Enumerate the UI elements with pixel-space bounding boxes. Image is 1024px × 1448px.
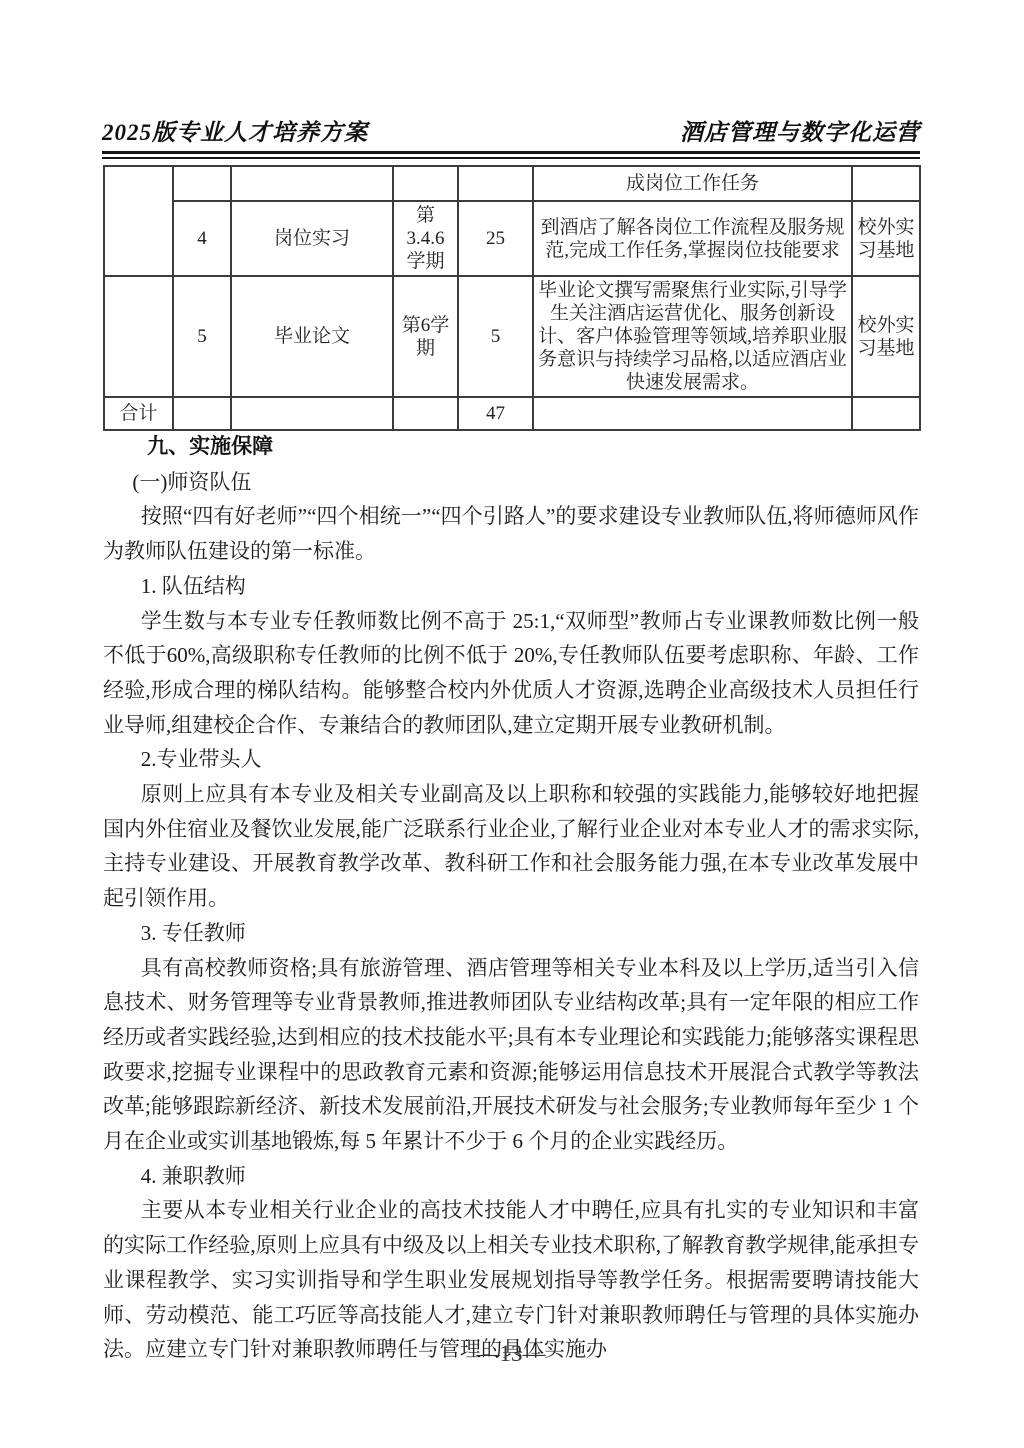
cell-hours-empty xyxy=(458,166,533,201)
cell-base-empty xyxy=(852,166,920,201)
table-row: 4 岗位实习 第 3.4.6 学期 25 到酒店了解各岗位工作流程及服务规范,完… xyxy=(104,201,920,276)
subsection-title: (一)师资队伍 xyxy=(103,465,919,500)
intro-paragraph: 按照“四有好老师”“四个相统一”“四个引路人”的要求建设专业教师队伍,将师德师风… xyxy=(103,499,919,568)
cell-desc-continuation: 成岗位工作任务 xyxy=(533,166,852,201)
document-body: 九、实施保障 (一)师资队伍 按照“四有好老师”“四个相统一”“四个引路人”的要… xyxy=(103,430,919,1367)
item-body-1: 学生数与本专业专任教师数比例不高于 25:1,“双师型”教师占专业课教师数比例一… xyxy=(103,604,919,743)
item-body-3: 具有高校教师资格;具有旅游管理、酒店管理等相关专业本科及以上学历,适当引入信息技… xyxy=(103,951,919,1159)
cell-term: 第 3.4.6 学期 xyxy=(393,201,458,276)
cell-category-empty xyxy=(104,276,173,397)
cell-term: 第6学期 xyxy=(393,276,458,397)
cell-desc: 到酒店了解各岗位工作流程及服务规范,完成工作任务,掌握岗位技能要求 xyxy=(533,201,852,276)
cell-total-hours: 47 xyxy=(458,397,533,430)
cell-term-empty xyxy=(393,166,458,201)
cell-category-empty xyxy=(104,166,173,276)
table-row-total: 合计 47 xyxy=(104,397,920,430)
table-row-continuation: 成岗位工作任务 xyxy=(104,166,920,201)
item-heading-4: 4. 兼职教师 xyxy=(103,1159,919,1194)
cell-desc: 毕业论文撰写需聚焦行业实际,引导学生关注酒店运营优化、服务创新设计、客户体验管理… xyxy=(533,276,852,397)
section-title: 九、实施保障 xyxy=(103,430,919,465)
cell-hours: 25 xyxy=(458,201,533,276)
cell-total-label: 合计 xyxy=(104,397,173,430)
page-header: 2025版专业人才培养方案 酒店管理与数字化运营 xyxy=(102,114,920,159)
header-left-title: 2025版专业人才培养方案 xyxy=(102,114,368,147)
header-right-title: 酒店管理与数字化运营 xyxy=(680,114,920,147)
cell-empty xyxy=(393,397,458,430)
item-heading-2: 2.专业带头人 xyxy=(103,742,919,777)
cell-empty xyxy=(533,397,852,430)
header-double-rule xyxy=(102,151,920,159)
document-page: 2025版专业人才培养方案 酒店管理与数字化运营 成岗位工作任务 4 岗位实习 xyxy=(0,0,1024,1448)
cell-seq: 5 xyxy=(173,276,231,397)
table-row: 5 毕业论文 第6学期 5 毕业论文撰写需聚焦行业实际,引导学生关注酒店运营优化… xyxy=(104,276,920,397)
item-heading-1: 1. 队伍结构 xyxy=(103,569,919,604)
cell-base: 校外实习基地 xyxy=(852,276,920,397)
cell-course: 毕业论文 xyxy=(231,276,393,397)
cell-seq-empty xyxy=(173,166,231,201)
page-number: —13— xyxy=(103,1341,919,1367)
cell-empty xyxy=(231,397,393,430)
cell-course: 岗位实习 xyxy=(231,201,393,276)
item-body-2: 原则上应具有本专业及相关专业副高及以上职称和较强的实践能力,能够较好地把握国内外… xyxy=(103,777,919,916)
cell-empty xyxy=(852,397,920,430)
item-heading-3: 3. 专任教师 xyxy=(103,916,919,951)
cell-seq: 4 xyxy=(173,201,231,276)
cell-course-empty xyxy=(231,166,393,201)
curriculum-table: 成岗位工作任务 4 岗位实习 第 3.4.6 学期 25 到酒店了解各岗位工作流… xyxy=(103,165,921,431)
cell-base: 校外实习基地 xyxy=(852,201,920,276)
cell-empty xyxy=(173,397,231,430)
cell-hours: 5 xyxy=(458,276,533,397)
